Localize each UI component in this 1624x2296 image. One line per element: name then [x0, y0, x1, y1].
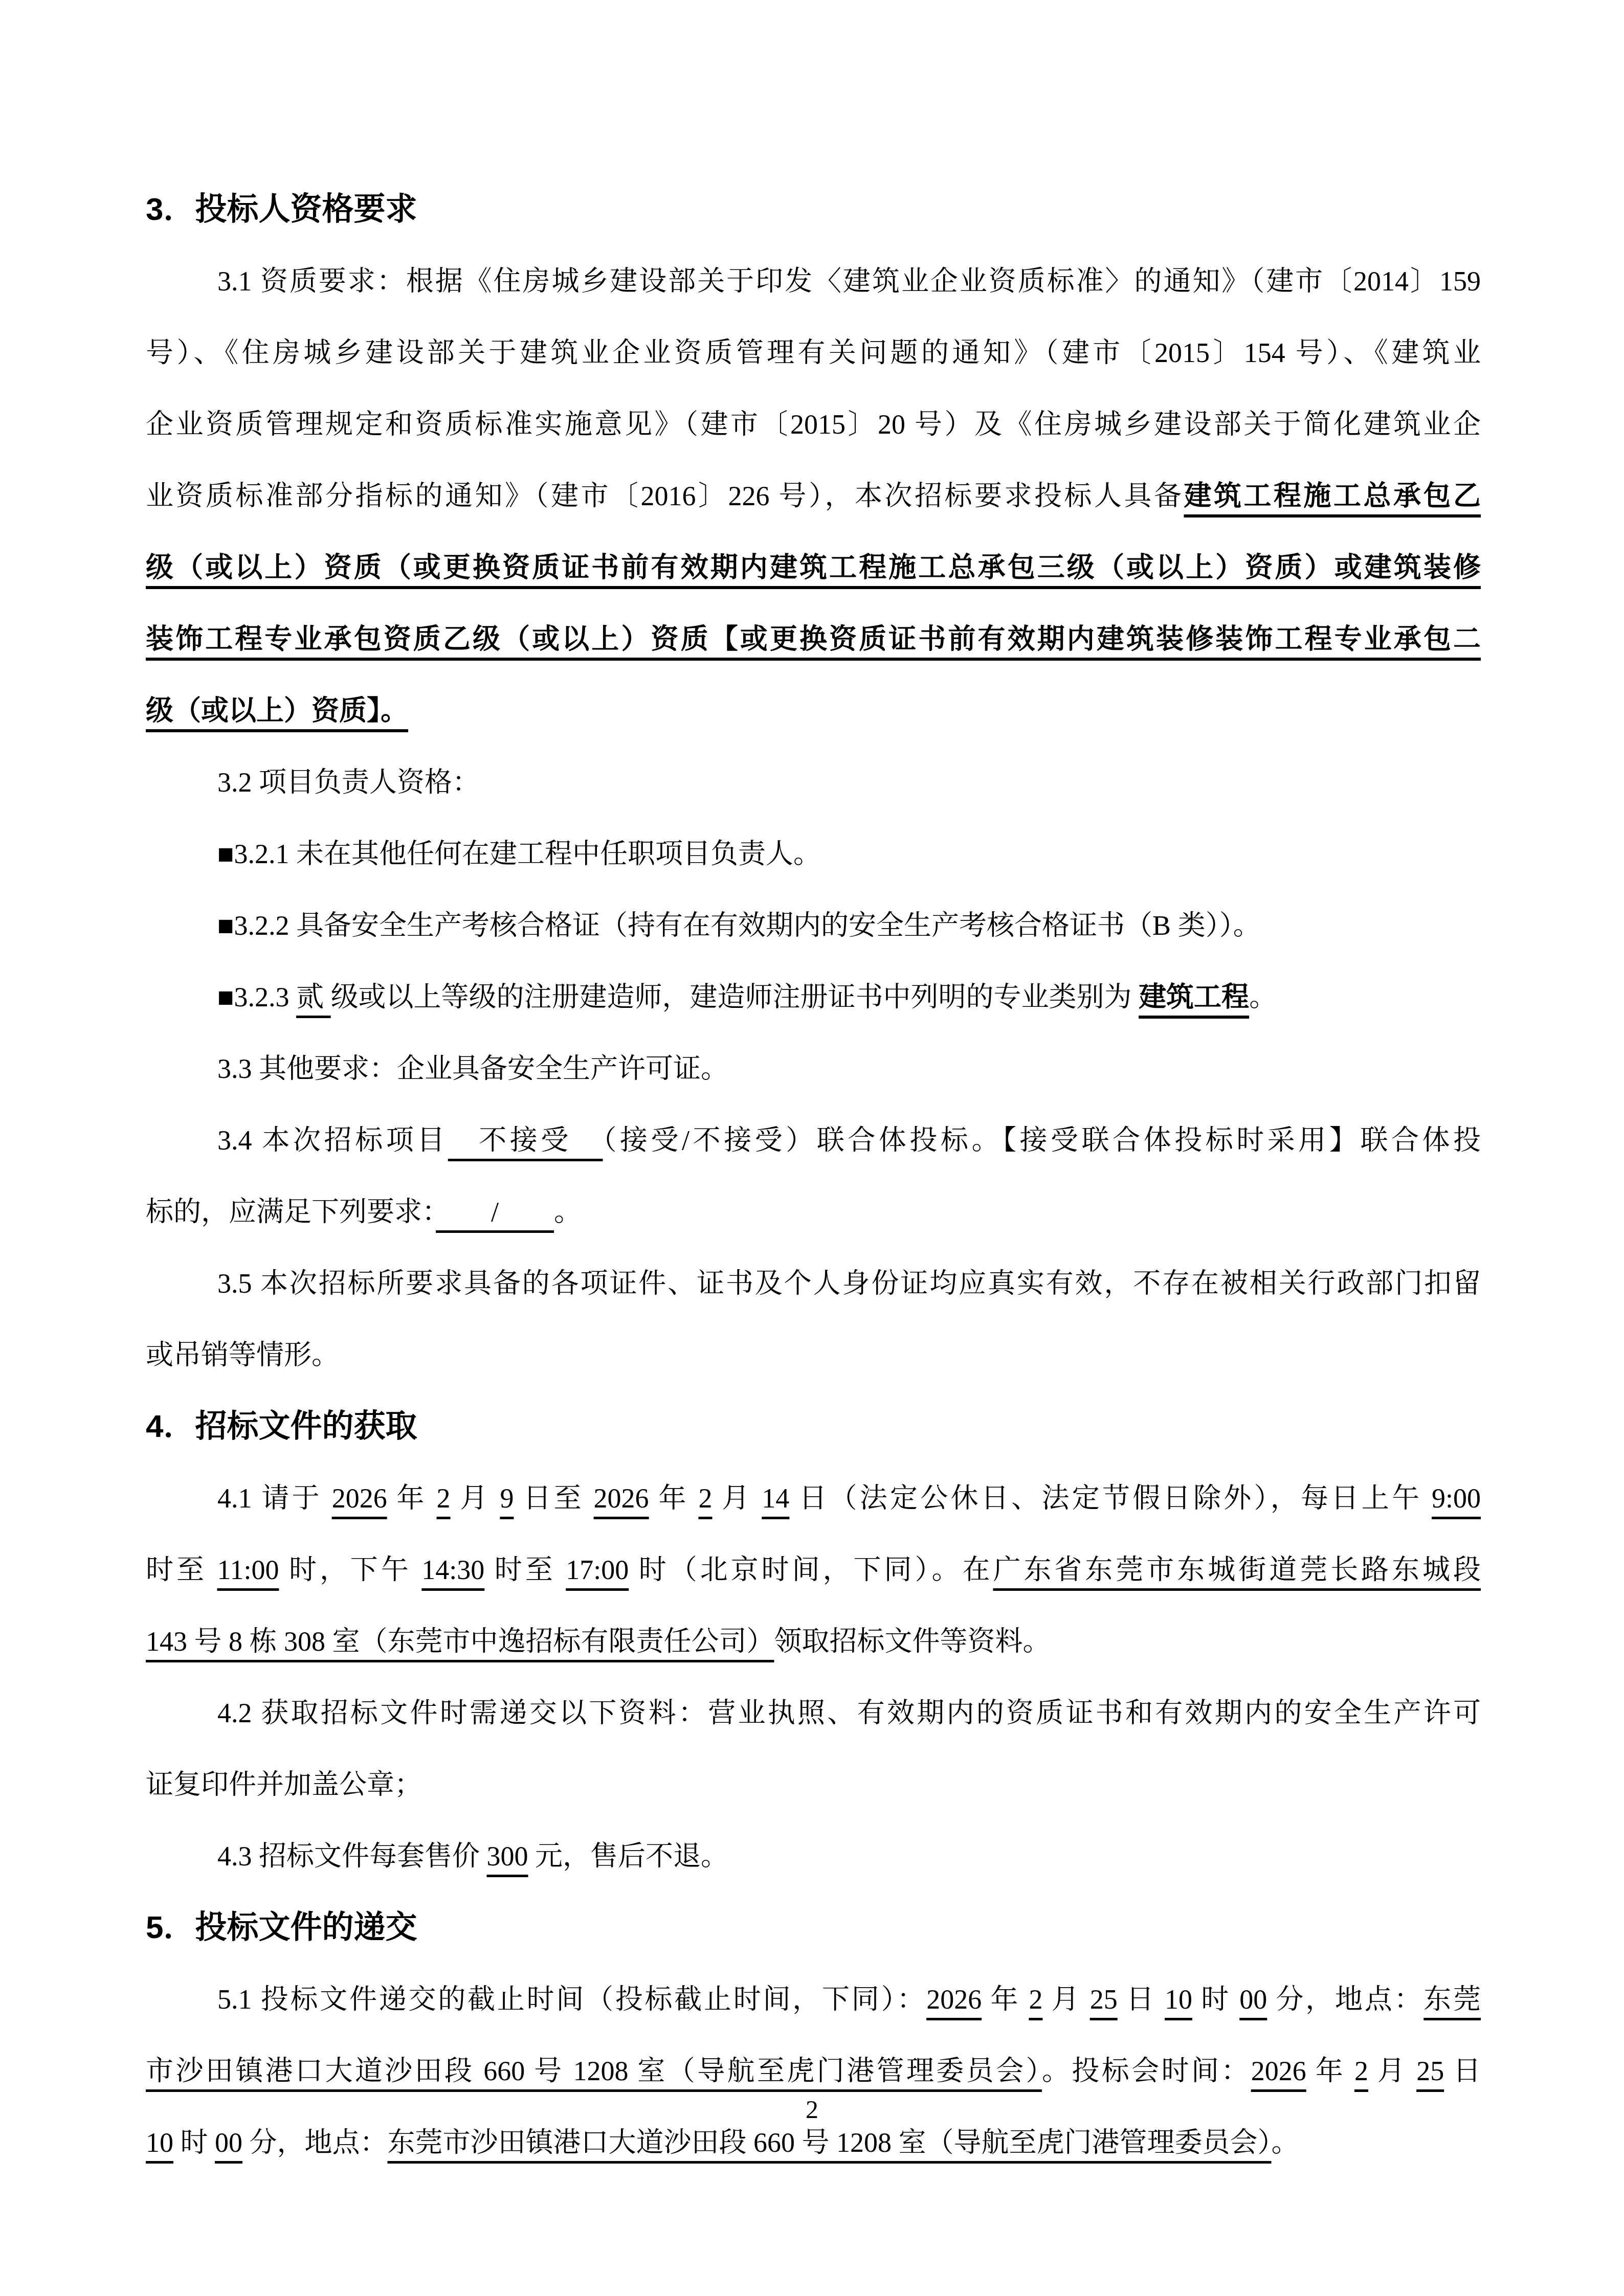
para-3-2-1: ■3.2.1 未在其他任何在建工程中任职项目负责人。 — [146, 818, 1481, 890]
builder-specialty-blank: 建筑工程 — [1139, 982, 1249, 1012]
text-run: 时（北京时间，下同）。在 — [629, 1555, 993, 1585]
para-3-1-line-1: 3.1 资质要求：根据《住房城乡建设部关于印发〈建筑业企业资质标准〉的通知》（建… — [146, 245, 1481, 317]
deadline-hour: 10 — [1165, 1984, 1192, 2015]
submission-address-rest: 市沙田镇港口大道沙田段 660 号 1208 室（导航至虎门港管理委员会） — [146, 2056, 1042, 2086]
text-run: 5.1 投标文件递交的截止时间（投标截止时间，下同）： — [217, 1984, 926, 2015]
qualification-requirement-end: 级（或以上）资质】。 — [146, 695, 408, 726]
text-run: 企业资质管理规定和资质标准实施意见》（建市〔2015〕20 号）及《住房城乡建设… — [146, 409, 1481, 440]
para-3-1-line-3: 企业资质管理规定和资质标准实施意见》（建市〔2015〕20 号）及《住房城乡建设… — [146, 389, 1481, 460]
pickup-start-month: 2 — [437, 1483, 451, 1514]
para-3-4-line-1: 3.4 本次招标项目 不接受 （接受/不接受）联合体投标。【接受联合体投标时采用… — [146, 1105, 1481, 1176]
text-run: （接受/不接受）联合体投标。【接受联合体投标时采用】联合体投 — [603, 1125, 1481, 1156]
bid-meeting-year: 2026 — [1251, 2056, 1306, 2086]
para-5-1-line-1: 5.1 投标文件递交的截止时间（投标截止时间，下同）：2026 年 2 月 25… — [146, 1964, 1481, 2035]
text-run: 3.5 本次招标所要求具备的各项证件、证书及个人身份证均应真实有效，不存在被相关… — [217, 1268, 1481, 1299]
deadline-month: 2 — [1029, 1984, 1042, 2015]
builder-grade-blank: 贰 — [296, 982, 331, 1012]
para-3-1-line-5: 级（或以上）资质（或更换资质证书前有效期内建筑工程施工总承包三级（或以上）资质）… — [146, 532, 1481, 603]
text-run: ■3.2.1 未在其他任何在建工程中任职项目负责人。 — [217, 839, 821, 869]
pickup-morning-close: 11:00 — [217, 1555, 279, 1585]
para-3-5-line-2: 或吊销等情形。 — [146, 1319, 1481, 1391]
section-5-heading: 5．投标文件的递交 — [146, 1892, 1481, 1964]
text-run: 标的，应满足下列要求： — [146, 1197, 436, 1227]
pickup-start-year: 2026 — [332, 1483, 387, 1514]
deadline-minute: 00 — [1239, 1984, 1267, 2015]
pickup-end-year: 2026 — [594, 1483, 649, 1514]
para-4-1-line-1: 4.1 请于 2026 年 2 月 9 日至 2026 年 2 月 14 日（法… — [146, 1462, 1481, 1534]
qualification-requirement-start: 建筑工程施工总承包乙 — [1184, 481, 1481, 511]
pickup-end-day: 14 — [762, 1483, 789, 1514]
text-run: 。 — [1272, 2127, 1299, 2158]
text-run: 级（或以上）资质（或更换资质证书前有效期内建筑工程施工总承包三级（或以上）资质）… — [146, 552, 1481, 583]
text-run: 或吊销等情形。 — [146, 1340, 339, 1370]
deadline-day: 25 — [1090, 1984, 1118, 2015]
text-run: 。 — [554, 1197, 582, 1227]
para-3-1-line-7: 级（或以上）资质】。 — [146, 675, 1481, 747]
joint-venture-choice-blank: 不接受 — [448, 1125, 603, 1156]
text-run: 月 — [1368, 2056, 1416, 2086]
pickup-afternoon-close: 17:00 — [566, 1555, 629, 1585]
text-run: 时至 — [484, 1555, 566, 1585]
text-run: ■3.2.3 — [217, 982, 296, 1012]
para-3-3: 3.3 其他要求：企业具备安全生产许可证。 — [146, 1033, 1481, 1105]
pickup-morning-open: 9:00 — [1432, 1483, 1481, 1514]
text-run: 时，下午 — [279, 1555, 421, 1585]
text-run: 3.2 项目负责人资格： — [217, 767, 480, 798]
joint-venture-requirement-blank: / — [436, 1197, 554, 1227]
document-body: 3．投标人资格要求3.1 资质要求：根据《住房城乡建设部关于印发〈建筑业企业资质… — [146, 174, 1481, 2178]
text-run: 分，地点： — [242, 2127, 388, 2158]
text-run: 月 — [712, 1483, 762, 1514]
pickup-address-part1: 广东省东莞市东城街道莞长路东城段 — [993, 1555, 1481, 1585]
text-run: 时至 — [146, 1555, 217, 1585]
text-run: 年 — [1306, 2056, 1354, 2086]
para-3-4-line-2: 标的，应满足下列要求： / 。 — [146, 1176, 1481, 1248]
text-run: 4．招标文件的获取 — [146, 1409, 417, 1444]
text-run: 年 — [649, 1483, 699, 1514]
text-run: 号）、《住房城乡建设部关于建筑业企业资质管理有关问题的通知》（建市〔2015〕1… — [146, 337, 1481, 368]
bid-meeting-address: 东莞市沙田镇港口大道沙田段 660 号 1208 室（导航至虎门港管理委员会） — [388, 2127, 1272, 2158]
pickup-address-part2: 143 号 8 栋 308 室（东莞市中逸招标有限责任公司） — [146, 1626, 774, 1657]
bid-meeting-hour: 10 — [146, 2127, 173, 2158]
deadline-year: 2026 — [926, 1984, 982, 2015]
para-3-2-3: ■3.2.3 贰 级或以上等级的注册建造师，建造师注册证书中列明的专业类别为 建… — [146, 961, 1481, 1033]
text-run: 时 — [1192, 1984, 1239, 2015]
text-run: 年 — [387, 1483, 437, 1514]
text-run: 领取招标文件等资料。 — [774, 1626, 1051, 1657]
pickup-start-day: 9 — [500, 1483, 514, 1514]
text-run: 证复印件并加盖公章； — [146, 1769, 422, 1800]
text-run: 5．投标文件的递交 — [146, 1910, 417, 1945]
text-run: 月 — [451, 1483, 500, 1514]
para-4-1-line-2: 时至 11:00 时，下午 14:30 时至 17:00 时（北京时间，下同）。… — [146, 1534, 1481, 1606]
text-run: 月 — [1042, 1984, 1089, 2015]
text-run: 。投标会时间： — [1042, 2056, 1251, 2086]
text-run: 日 — [1444, 2056, 1481, 2086]
text-run: 分，地点： — [1267, 1984, 1423, 2015]
submission-address-start: 东莞 — [1423, 1984, 1481, 2015]
para-3-2: 3.2 项目负责人资格： — [146, 747, 1481, 818]
text-run: 4.3 招标文件每套售价 — [217, 1841, 487, 1872]
text-run: 4.2 获取招标文件时需递交以下资料：营业执照、有效期内的资质证书和有效期内的安… — [217, 1698, 1481, 1728]
pickup-afternoon-open: 14:30 — [421, 1555, 484, 1585]
text-run: ■3.2.2 具备安全生产考核合格证（持有在有效期内的安全生产考核合格证书（B … — [217, 910, 1261, 941]
para-3-1-line-2: 号）、《住房城乡建设部关于建筑业企业资质管理有关问题的通知》（建市〔2015〕1… — [146, 317, 1481, 389]
text-run: 日（法定公休日、法定节假日除外），每日上午 — [789, 1483, 1432, 1514]
text-run: 级或以上等级的注册建造师，建造师注册证书中列明的专业类别为 — [331, 982, 1139, 1012]
para-4-2-line-1: 4.2 获取招标文件时需递交以下资料：营业执照、有效期内的资质证书和有效期内的安… — [146, 1677, 1481, 1749]
para-3-5-line-1: 3.5 本次招标所要求具备的各项证件、证书及个人身份证均应真实有效，不存在被相关… — [146, 1248, 1481, 1319]
para-3-1-line-6: 装饰工程专业承包资质乙级（或以上）资质【或更换资质证书前有效期内建筑装修装饰工程… — [146, 603, 1481, 675]
text-run: 时 — [173, 2127, 215, 2158]
text-run: 3.1 资质要求：根据《住房城乡建设部关于印发〈建筑业企业资质标准〉的通知》（建… — [217, 266, 1481, 297]
text-run: 元，售后不退。 — [528, 1841, 729, 1872]
text-run: 3.3 其他要求：企业具备安全生产许可证。 — [217, 1053, 728, 1084]
page-number: 2 — [0, 2094, 1624, 2125]
text-run: 3.4 本次招标项目 — [217, 1125, 448, 1156]
bid-meeting-day: 25 — [1416, 2056, 1444, 2086]
text-run: 业资质标准部分指标的通知》（建市〔2016〕226 号），本次招标要求投标人具备 — [146, 481, 1184, 511]
document-price: 300 — [487, 1841, 528, 1872]
text-run: 日 — [1118, 1984, 1165, 2015]
section-4-heading: 4．招标文件的获取 — [146, 1391, 1481, 1462]
pickup-end-month: 2 — [698, 1483, 712, 1514]
document-page: 3．投标人资格要求3.1 资质要求：根据《住房城乡建设部关于印发〈建筑业企业资质… — [0, 0, 1624, 2296]
para-4-3: 4.3 招标文件每套售价 300 元，售后不退。 — [146, 1820, 1481, 1892]
text-run: 年 — [982, 1984, 1029, 2015]
text-run: 3．投标人资格要求 — [146, 192, 417, 227]
text-run: 日至 — [514, 1483, 593, 1514]
bid-meeting-month: 2 — [1354, 2056, 1368, 2086]
bid-meeting-minute: 00 — [215, 2127, 242, 2158]
section-3-heading: 3．投标人资格要求 — [146, 174, 1481, 245]
text-run: 4.1 请于 — [217, 1483, 332, 1514]
para-4-1-line-3: 143 号 8 栋 308 室（东莞市中逸招标有限责任公司）领取招标文件等资料。 — [146, 1606, 1481, 1677]
para-3-2-2: ■3.2.2 具备安全生产考核合格证（持有在有效期内的安全生产考核合格证书（B … — [146, 890, 1481, 961]
para-3-1-line-4: 业资质标准部分指标的通知》（建市〔2016〕226 号），本次招标要求投标人具备… — [146, 460, 1481, 532]
text-run: 。 — [1249, 982, 1277, 1012]
para-4-2-line-2: 证复印件并加盖公章； — [146, 1749, 1481, 1820]
text-run: 装饰工程专业承包资质乙级（或以上）资质【或更换资质证书前有效期内建筑装修装饰工程… — [146, 624, 1481, 655]
